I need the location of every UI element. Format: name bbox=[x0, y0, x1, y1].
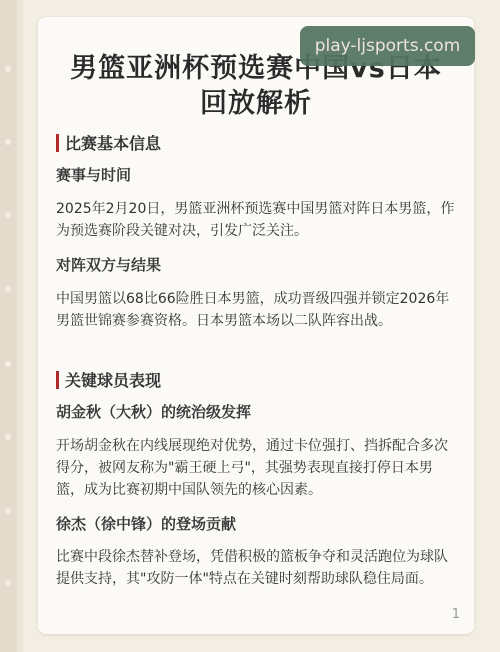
subsection-heading-event-time: 赛事与时间 bbox=[56, 164, 131, 185]
binding-hole bbox=[5, 434, 11, 440]
subsection-heading-hu-jinqiu: 胡金秋（大秋）的统治级发挥 bbox=[56, 401, 251, 422]
section-heading-key-players: 关键球员表现 bbox=[56, 368, 161, 391]
paragraph-hu-jinqiu: 开场胡金秋在内线展现绝对优势，通过卡位强打、挡拆配合多次得分，被网友称为"霸王硬… bbox=[56, 435, 456, 501]
paragraph-teams-result: 中国男篮以68比66险胜日本男篮，成功晋级四强并锁定2026年男篮世锦赛参赛资格… bbox=[56, 288, 456, 332]
title-line-2: 回放解析 bbox=[38, 86, 474, 121]
binding-hole bbox=[5, 361, 11, 367]
watermark-badge: play-ljsports.com bbox=[300, 26, 475, 66]
page-number: 1 bbox=[452, 607, 460, 622]
subsection-heading-teams-result: 对阵双方与结果 bbox=[56, 254, 161, 275]
paragraph-event-time: 2025年2月20日，男篮亚洲杯预选赛中国男篮对阵日本男篮，作为预选赛阶段关键对… bbox=[56, 198, 456, 242]
binding-hole bbox=[5, 508, 11, 514]
subsection-heading-xu-jie: 徐杰（徐中锋）的登场贡献 bbox=[56, 513, 236, 534]
accent-bar bbox=[56, 134, 59, 152]
accent-bar bbox=[56, 371, 59, 389]
notebook-spine bbox=[0, 0, 17, 652]
binding-hole bbox=[5, 286, 11, 292]
binding-hole bbox=[5, 212, 11, 218]
section-heading-basic-info: 比赛基本信息 bbox=[56, 131, 161, 154]
binding-hole bbox=[5, 66, 11, 72]
notebook-spine-edge bbox=[17, 0, 23, 652]
binding-hole bbox=[5, 580, 11, 586]
paragraph-xu-jie: 比赛中段徐杰替补登场，凭借积极的篮板争夺和灵活跑位为球队提供支持，其"攻防一体"… bbox=[56, 546, 456, 590]
binding-hole bbox=[5, 139, 11, 145]
